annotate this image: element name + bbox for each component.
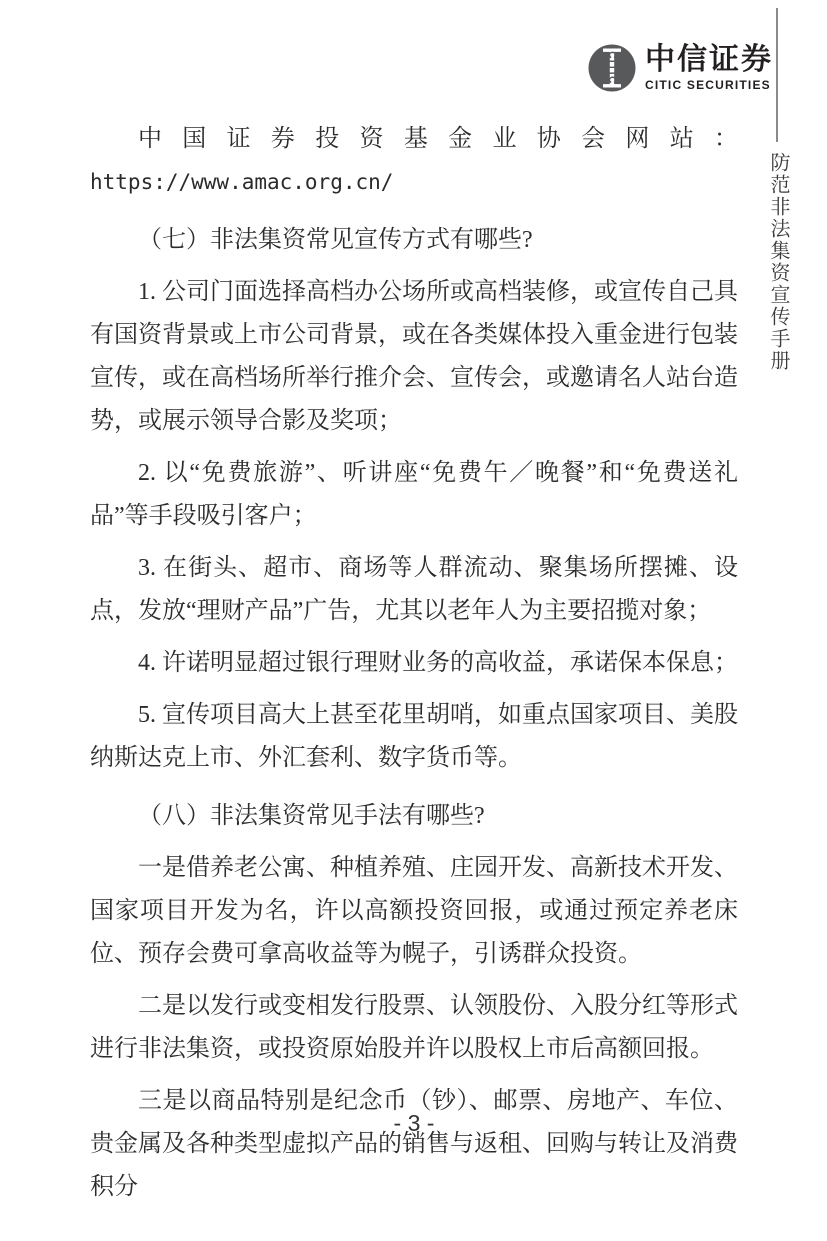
body-paragraph: 5. 宣传项目高大上甚至花里胡哨，如重点国家项目、美股纳斯达克上市、外汇套利、数… <box>90 694 738 780</box>
paragraph-text: 3. 在街头、超市、商场等人群流动、聚集场所摆摊、设点，发放“理财产品”广告，尤… <box>90 555 738 624</box>
body-paragraph: 4. 许诺明显超过银行理财业务的高收益，承诺保本保息； <box>90 642 738 685</box>
paragraph-text: 4. 许诺明显超过银行理财业务的高收益，承诺保本保息； <box>138 650 738 676</box>
association-website-link[interactable]: https://www.amac.org.cn/ <box>90 170 393 194</box>
body-paragraph: 二是以发行或变相发行股票、认领股份、入股分红等形式进行非法集资，或投资原始股并许… <box>90 985 738 1071</box>
paragraph-text: （七）非法集资常见宣传方式有哪些? <box>138 227 533 253</box>
citic-logo: CITIC 中信证券 CITIC SECURITIES <box>588 44 773 92</box>
document-page: CITIC 中信证券 CITIC SECURITIES 防范非法集资宣传手册 中… <box>0 0 827 1241</box>
svg-text:CITIC: CITIC <box>606 51 617 85</box>
body-paragraph: 一是借养老公寓、种植养殖、庄园开发、高新技术开发、国家项目开发为名，许以高额投资… <box>90 847 738 976</box>
body-paragraph: 3. 在街头、超市、商场等人群流动、聚集场所摆摊、设点，发放“理财产品”广告，尤… <box>90 547 738 633</box>
side-banner-title: 防范非法集资宣传手册 <box>764 152 793 372</box>
body-paragraph: 中国证券投资基金业协会网站：https://www.amac.org.cn/ <box>90 118 738 204</box>
body-paragraph: 三是以商品特别是纪念币（钞）、邮票、房地产、车位、贵金属及各种类型虚拟产品的销售… <box>90 1080 738 1209</box>
paragraph-text: 二是以发行或变相发行股票、认领股份、入股分红等形式进行非法集资，或投资原始股并许… <box>90 993 738 1062</box>
citic-logo-icon: CITIC <box>588 44 636 92</box>
citic-logo-text: 中信证券 CITIC SECURITIES <box>645 44 773 92</box>
logo-english-name: CITIC SECURITIES <box>645 78 773 92</box>
body-paragraph: 1. 公司门面选择高档办公场所或高档装修，或宣传自己具有国资背景或上市公司背景，… <box>90 271 738 443</box>
page-footer: - 3 - <box>90 1110 738 1137</box>
side-banner-rule <box>776 8 778 142</box>
section-heading: （八）非法集资常见手法有哪些? <box>90 795 738 838</box>
paragraph-text: 三是以商品特别是纪念币（钞）、邮票、房地产、车位、贵金属及各种类型虚拟产品的销售… <box>90 1088 738 1200</box>
paragraph-text: 1. 公司门面选择高档办公场所或高档装修，或宣传自己具有国资背景或上市公司背景，… <box>90 279 738 434</box>
paragraph-text: （八）非法集资常见手法有哪些? <box>138 803 485 829</box>
document-body: 中国证券投资基金业协会网站：https://www.amac.org.cn/（七… <box>90 118 738 1218</box>
page-number: - 3 - <box>394 1110 435 1136</box>
paragraph-text: 5. 宣传项目高大上甚至花里胡哨，如重点国家项目、美股纳斯达克上市、外汇套利、数… <box>90 702 738 771</box>
section-heading: （七）非法集资常见宣传方式有哪些? <box>90 219 738 262</box>
logo-chinese-name: 中信证券 <box>645 44 773 76</box>
paragraph-text: 中国证券投资基金业协会网站： <box>138 126 738 152</box>
body-paragraph: 2. 以“免费旅游”、听讲座“免费午／晚餐”和“免费送礼品”等手段吸引客户； <box>90 452 738 538</box>
paragraph-text: 一是借养老公寓、种植养殖、庄园开发、高新技术开发、国家项目开发为名，许以高额投资… <box>90 855 738 967</box>
paragraph-text: 2. 以“免费旅游”、听讲座“免费午／晚餐”和“免费送礼品”等手段吸引客户； <box>90 460 738 529</box>
